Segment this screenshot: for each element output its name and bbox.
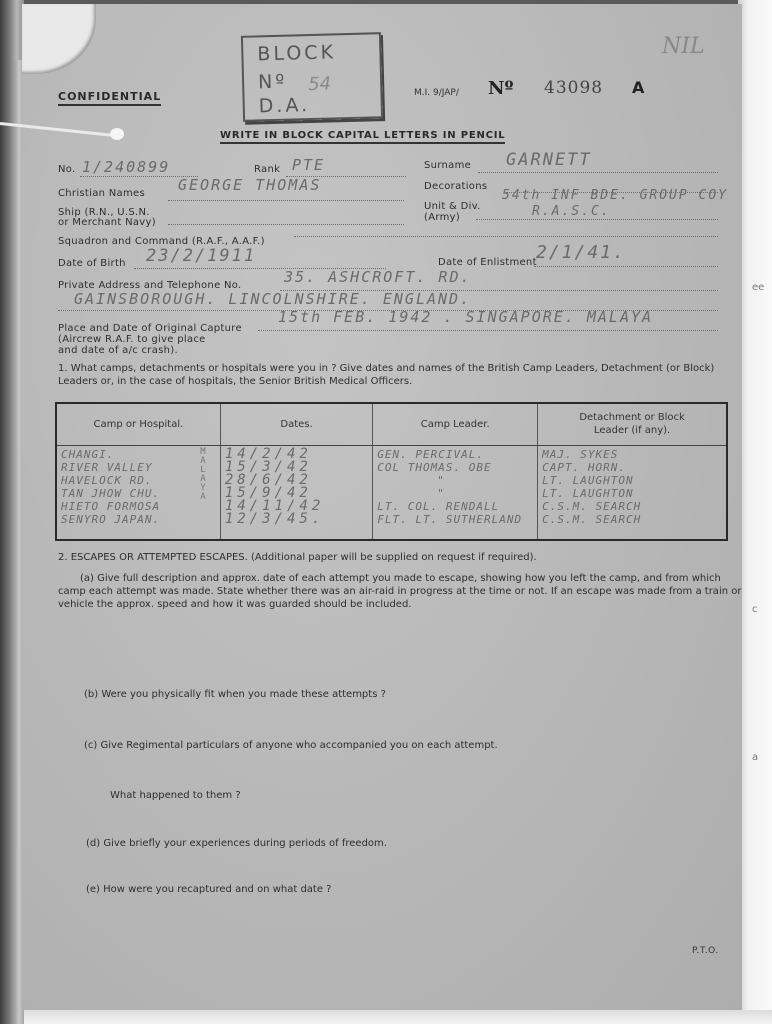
reference-no-symbol: Nº: [488, 78, 513, 99]
unit-label: Unit & Div.(Army): [424, 201, 481, 223]
unit-value-line2[interactable]: R.A.S.C.: [532, 204, 611, 219]
surname-label: Surname: [424, 160, 471, 171]
unit-value-line1[interactable]: 54th INF BDE. GROUP COY: [502, 188, 728, 203]
underlying-page-edge: ee c a: [738, 0, 772, 1024]
detachment-entry[interactable]: CAPT. HORN.: [542, 461, 722, 474]
stamp-line-da: D.A.: [258, 94, 310, 117]
margin-mark: ee: [752, 282, 764, 293]
unit-line: [476, 219, 718, 220]
capture-label-line2: (Aircrew R.A.F. to give place: [58, 334, 206, 345]
capture-label-line1: Place and Date of Original Capture: [58, 323, 242, 334]
block-stamp: BLOCK Nº 54 D.A.: [241, 32, 383, 122]
leader-entry[interactable]: ": [377, 487, 533, 500]
rank-label: Rank: [254, 164, 280, 175]
enlistment-value[interactable]: 2/1/41.: [536, 242, 626, 263]
decorations-label: Decorations: [424, 181, 487, 192]
unit-label-line2: (Army): [424, 212, 460, 223]
camp-entry[interactable]: SENYRO JAPAN.: [61, 513, 216, 526]
surname-line: [478, 172, 718, 173]
camp-entry[interactable]: CHANGI.: [61, 448, 216, 461]
nil-annotation: NIL: [662, 34, 705, 59]
dates-column: 14/2/42 15/3/42 28/6/42 15/9/42 14/11/42…: [220, 445, 372, 540]
reference-number: 43098: [544, 78, 603, 98]
binder-edge: [0, 0, 24, 1024]
no-value[interactable]: 1/240899: [82, 158, 170, 176]
detachment-entry[interactable]: C.S.M. SEARCH: [542, 500, 722, 513]
leader-entry[interactable]: GEN. PERCIVAL.: [377, 448, 533, 461]
stamp-number: 54: [308, 74, 331, 96]
detachment-entry[interactable]: LT. LAUGHTON: [542, 487, 722, 500]
header-camp: Camp or Hospital.: [56, 403, 220, 445]
bottom-page-edge: [24, 1010, 772, 1024]
capture-label: Place and Date of Original Capture(Aircr…: [58, 323, 242, 356]
enlistment-line: [534, 266, 718, 267]
leader-column: GEN. PERCIVAL. COL THOMAS. OBE " " LT. C…: [373, 445, 538, 540]
question1-text: 1. What camps, detachments or hospitals …: [58, 362, 742, 388]
confidential-heading: CONFIDENTIAL: [58, 90, 161, 106]
christian-names-line: [168, 200, 404, 201]
header-detachment-leader: Detachment or Block Leader (if any).: [538, 403, 727, 445]
instruction-heading: WRITE IN BLOCK CAPITAL LETTERS IN PENCIL: [220, 130, 505, 144]
leader-list: GEN. PERCIVAL. COL THOMAS. OBE " " LT. C…: [373, 446, 537, 528]
question2c-text: (c) Give Regimental particulars of anyon…: [84, 740, 498, 751]
camp-entry[interactable]: HAVELOCK RD.: [61, 474, 216, 487]
leader-entry[interactable]: COL THOMAS. OBE: [377, 461, 533, 474]
camp-list: CHANGI. RIVER VALLEY HAVELOCK RD. TAN JH…: [57, 446, 220, 528]
torn-corner: [22, 4, 96, 74]
reference-suffix: A: [632, 78, 644, 97]
detachment-column: MAJ. SYKES CAPT. HORN. LT. LAUGHTON LT. …: [538, 445, 727, 540]
question2c-followup: What happened to them ?: [110, 790, 241, 801]
dob-label: Date of Birth: [58, 258, 126, 269]
stamp-line-block: BLOCK: [257, 41, 336, 65]
leader-entry[interactable]: FLT. LT. SUTHERLAND: [377, 513, 533, 526]
ship-line: [168, 224, 404, 225]
reference-label: M.I. 9/JAP/: [414, 88, 459, 98]
no-label: No.: [58, 164, 76, 175]
ship-label: Ship (R.N., U.S.N.or Merchant Navy): [58, 208, 156, 228]
capture-line: [258, 330, 718, 331]
question2a-text: (a) Give full description and approx. da…: [58, 572, 746, 611]
question2b-text: (b) Were you physically fit when you mad…: [84, 689, 386, 700]
camp-column: CHANGI. RIVER VALLEY HAVELOCK RD. TAN JH…: [56, 445, 220, 540]
stamp-line-no: Nº: [258, 71, 288, 94]
camp-entry[interactable]: RIVER VALLEY: [61, 461, 216, 474]
question2-heading: 2. ESCAPES OR ATTEMPTED ESCAPES. (Additi…: [58, 552, 537, 563]
leader-entry[interactable]: ": [377, 474, 533, 487]
enlistment-label: Date of Enlistment: [438, 257, 537, 268]
pto-marker: P.T.O.: [692, 946, 719, 956]
camp-entry[interactable]: TAN JHOW CHU.: [61, 487, 216, 500]
surname-value[interactable]: GARNETT: [506, 150, 592, 170]
detachment-list: MAJ. SYKES CAPT. HORN. LT. LAUGHTON LT. …: [538, 446, 726, 528]
margin-mark: c: [752, 604, 758, 615]
camps-table: Camp or Hospital. Dates. Camp Leader. De…: [55, 402, 728, 541]
margin-mark: a: [752, 752, 758, 763]
christian-names-value[interactable]: GEORGE THOMAS: [178, 176, 321, 194]
detachment-entry[interactable]: LT. LAUGHTON: [542, 474, 722, 487]
address-value-line2[interactable]: GAINSBOROUGH. LINCOLNSHIRE. ENGLAND.: [74, 290, 471, 308]
header-dates: Dates.: [220, 403, 372, 445]
question2d-text: (d) Give briefly your experiences during…: [86, 838, 387, 849]
leader-entry[interactable]: LT. COL. RENDALL: [377, 500, 533, 513]
rank-value[interactable]: PTE: [292, 156, 325, 174]
malaya-bracket-note: MALAYA: [198, 448, 208, 502]
address-value-line1[interactable]: 35. ASHCROFT. RD.: [284, 268, 472, 286]
dates-list: 14/2/42 15/3/42 28/6/42 15/9/42 14/11/42…: [221, 446, 372, 528]
form-page: CONFIDENTIAL BLOCK Nº 54 D.A. M.I. 9/JAP…: [22, 4, 742, 1010]
tag-string-knot: [110, 128, 124, 140]
unit-label-line1: Unit & Div.: [424, 201, 481, 212]
question2e-text: (e) How were you recaptured and on what …: [86, 884, 332, 895]
detachment-entry[interactable]: MAJ. SYKES: [542, 448, 722, 461]
capture-label-line3: and date of a/c crash).: [58, 345, 178, 356]
camp-entry[interactable]: HIETO FORMOSA: [61, 500, 216, 513]
header-camp-leader: Camp Leader.: [373, 403, 538, 445]
christian-names-label: Christian Names: [58, 188, 145, 199]
detachment-entry[interactable]: C.S.M. SEARCH: [542, 513, 722, 526]
dob-value[interactable]: 23/2/1911: [146, 246, 256, 266]
ship-label-line2: or Merchant Navy): [58, 217, 156, 228]
squadron-line: [294, 236, 718, 237]
header-detachment-text: Detachment or Block Leader (if any).: [567, 411, 697, 437]
capture-value[interactable]: 15th FEB. 1942 . SINGAPORE. MALAYA: [278, 308, 653, 326]
date-entry[interactable]: 12/3/45.: [225, 513, 368, 526]
